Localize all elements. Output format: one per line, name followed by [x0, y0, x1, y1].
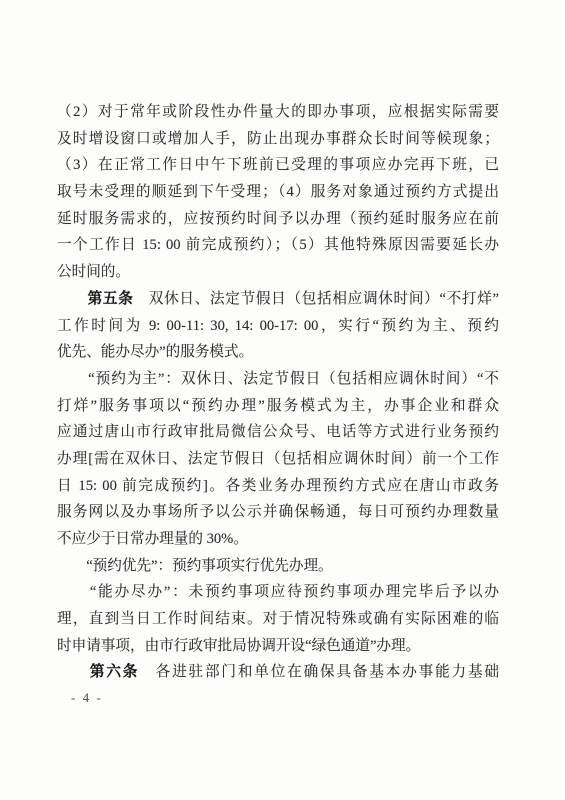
page-number: - 4 - [71, 689, 103, 707]
text-line: “预约优先”：预约事项实行优先办理。 [57, 553, 499, 580]
text-line: （3）在正常工作日中午下班前已受理的事项应办完再下班，已 [57, 152, 499, 179]
text-line: 时申请事项，由市行政审批局协调开设“绿色通道”办理。 [57, 633, 499, 660]
text-line: （2）对于常年或阶段性办件量大的即办事项，应根据实际需要 [57, 99, 499, 126]
text-line: 及时增设窗口或增加人手，防止出现办事群众长时间等候现象； [57, 126, 499, 153]
document-page: （2）对于常年或阶段性办件量大的即办事项，应根据实际需要 及时增设窗口或增加人手… [0, 0, 565, 800]
text-line: 工作时间为 9: 00-11: 30, 14: 00-17: 00，实行“预约为… [57, 313, 499, 340]
document-body: （2）对于常年或阶段性办件量大的即办事项，应根据实际需要 及时增设窗口或增加人手… [57, 99, 499, 686]
text-line: 不应少于日常办理量的 30%。 [57, 526, 499, 553]
text-line-article-6: 第六条 各进驻部门和单位在确保具备基本办事能力基础 [57, 659, 499, 686]
article-number-bold: 第六条 [57, 664, 139, 680]
text-line: 优先、能办尽办”的服务模式。 [57, 339, 499, 366]
text-line: 一个工作日 15: 00 前完成预约）；（5）其他特殊原因需要延长办 [57, 232, 499, 259]
article-number-bold: 第五条 [57, 291, 134, 307]
text-line: 办理[需在双休日、法定节假日（包括相应调休时间）前一个工作 [57, 446, 499, 473]
text-line: 服务网以及办事场所予以公示并确保畅通，每日可预约办理数量 [57, 499, 499, 526]
text-line: 取号未受理的顺延到下午受理；（4）服务对象通过预约方式提出 [57, 179, 499, 206]
text-line: 应通过唐山市行政审批局微信公众号、电话等方式进行业务预约 [57, 419, 499, 446]
text-line: 延时服务需求的，应按预约时间予以办理（预约延时服务应在前 [57, 206, 499, 233]
text-line: 打烊”服务事项以“预约办理”服务模式为主，办事企业和群众 [57, 393, 499, 420]
text-line: 理，直到当日工作时间结束。对于情况特殊或确有实际困难的临 [57, 606, 499, 633]
text-line: 公时间的。 [57, 259, 499, 286]
text-line: 日 15: 00 前完成预约]。各类业务办理预约方式应在唐山市政务 [57, 473, 499, 500]
text-line-article-5: 第五条 双休日、法定节假日（包括相应调休时间）“不打烊” [57, 286, 499, 313]
text-line: “能办尽办”：未预约事项应待预约事项办理完毕后予以办 [57, 579, 499, 606]
text-line: “预约为主”：双休日、法定节假日（包括相应调休时间）“不 [57, 366, 499, 393]
